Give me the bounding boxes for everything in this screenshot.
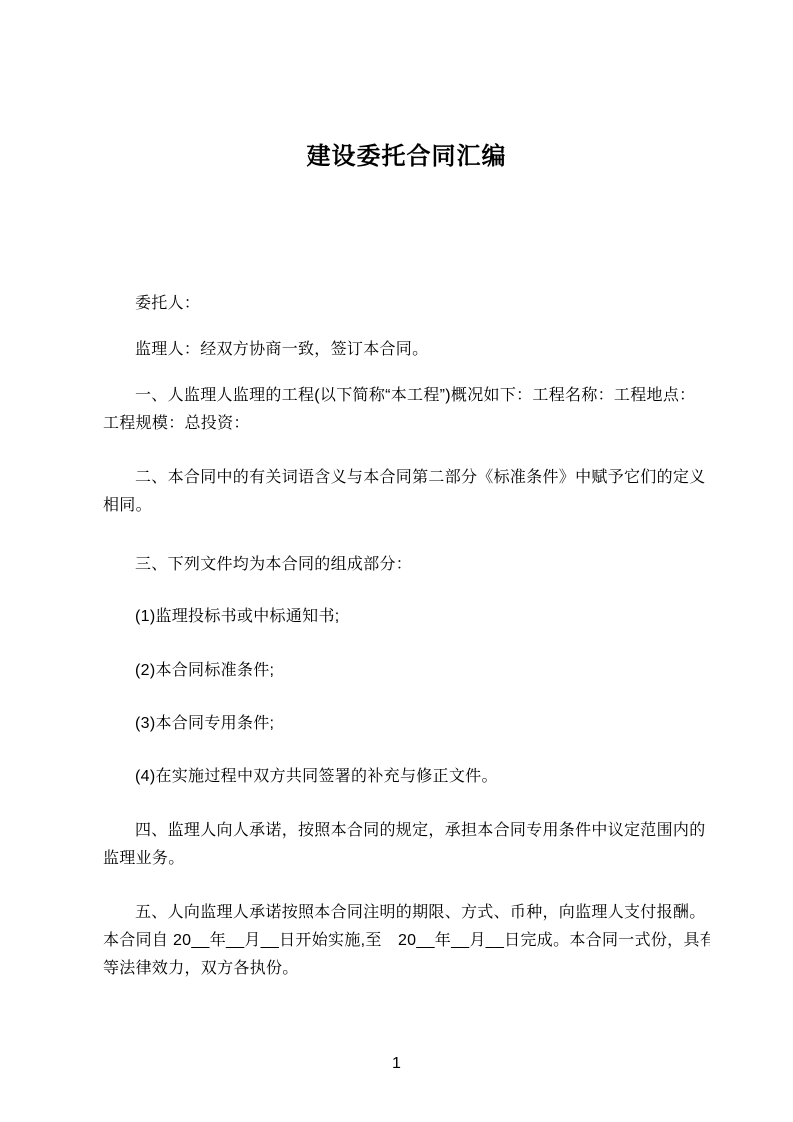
paragraph-clause-4: 四、监理人向人承诺，按照本合同的规定，承担本合同专用条件中议定范围内的 监理业务… [103,817,710,873]
paragraph-line: (2)本合同标准条件; [103,657,710,685]
paragraph-line: 三、下列文件均为本合同的组成部分： [103,551,710,579]
paragraph-line: 一、人监理人监理的工程(以下简称“本工程”)概况如下：工程名称：工程地点： [103,382,710,410]
paragraph-clause-5: 五、人向监理人承诺按照本合同注明的期限、方式、币种，向监理人支付报酬。 本合同自… [103,899,710,983]
paragraph-line: (4)在实施过程中双方共同签署的补充与修正文件。 [103,763,710,791]
paragraph-clause-3: 三、下列文件均为本合同的组成部分： [103,551,710,579]
paragraph-line: 相同。 [103,492,710,520]
paragraph-line: (3)本合同专用条件; [103,710,710,738]
paragraph-line: 五、人向监理人承诺按照本合同注明的期限、方式、币种，向监理人支付报酬。 [103,899,710,927]
paragraph-item-3: (3)本合同专用条件; [103,710,710,738]
paragraph-line: 监理业务。 [103,845,710,873]
paragraph-line: 四、监理人向人承诺，按照本合同的规定，承担本合同专用条件中议定范围内的 [103,817,710,845]
paragraph-item-1: (1)监理投标书或中标通知书; [103,603,710,631]
paragraph-item-4: (4)在实施过程中双方共同签署的补充与修正文件。 [103,763,710,791]
paragraph-line: 监理人：经双方协商一致，签订本合同。 [103,336,710,364]
paragraph-line: 等法律效力，双方各执份。 [103,955,710,983]
paragraph-line: 工程规模：总投资： [103,410,710,438]
paragraph-supervisor: 监理人：经双方协商一致，签订本合同。 [103,336,710,364]
paragraph-item-2: (2)本合同标准条件; [103,657,710,685]
paragraph-clause-2: 二、本合同中的有关词语含义与本合同第二部分《标准条件》中赋予它们的定义 相同。 [103,464,710,520]
page-number: 1 [0,1050,793,1078]
paragraph-clause-1: 一、人监理人监理的工程(以下简称“本工程”)概况如下：工程名称：工程地点： 工程… [103,382,710,438]
paragraph-line: 二、本合同中的有关词语含义与本合同第二部分《标准条件》中赋予它们的定义 [103,464,710,492]
document-content: 建设委托合同汇编 委托人： 监理人：经双方协商一致，签订本合同。 一、人监理人监… [0,141,793,983]
paragraph-line: 委托人： [103,290,710,318]
document-page: 建设委托合同汇编 委托人： 监理人：经双方协商一致，签订本合同。 一、人监理人监… [0,0,793,1122]
paragraph-line: (1)监理投标书或中标通知书; [103,603,710,631]
paragraph-line-blank-fill: 本合同自 20__年__月__日开始实施,至 20__年__月__日完成。本合同… [103,927,710,955]
document-title: 建设委托合同汇编 [103,141,710,173]
paragraph-client: 委托人： [103,290,710,318]
